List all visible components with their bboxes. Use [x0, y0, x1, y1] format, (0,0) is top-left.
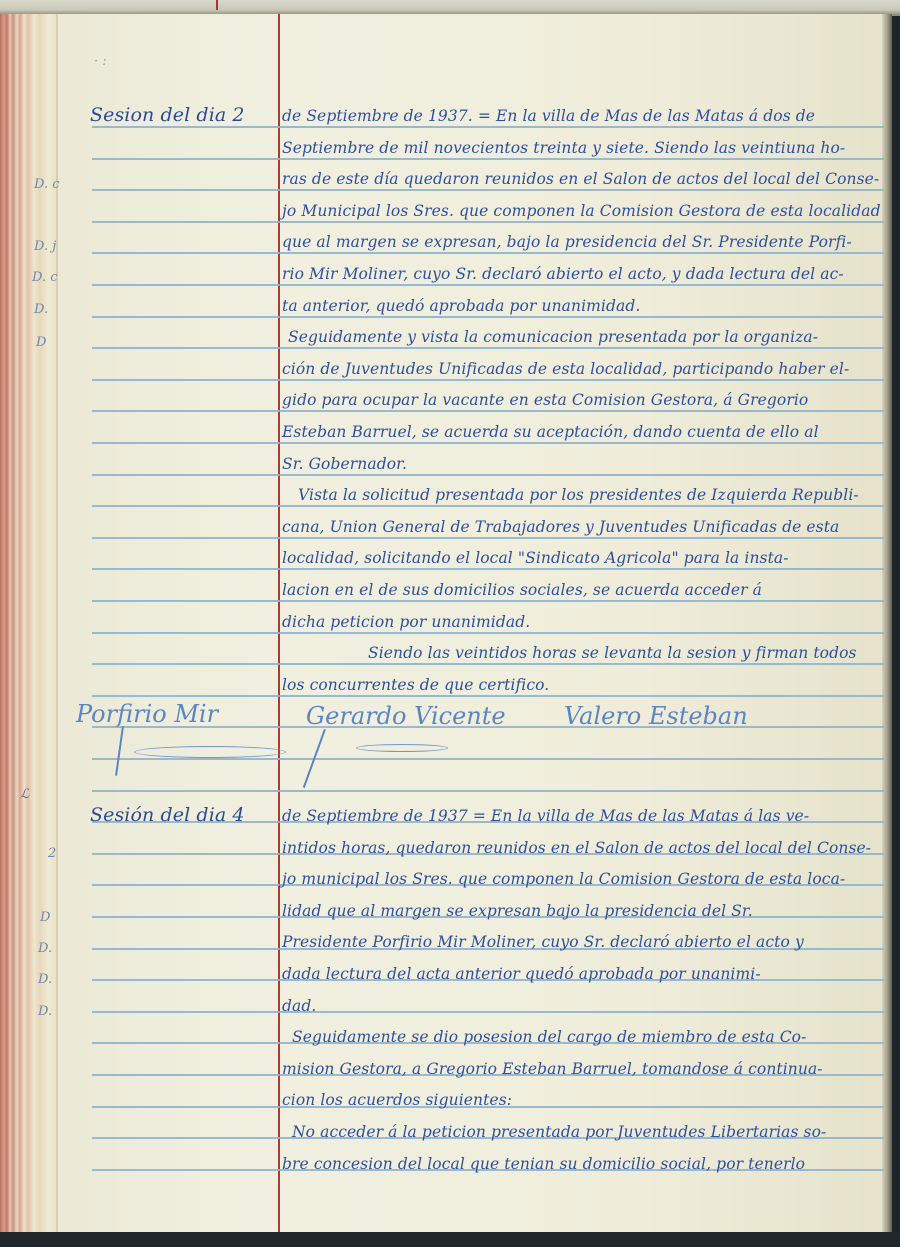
- text-line: gido para ocupar la vacante en esta Comi…: [282, 391, 808, 409]
- text-line: ta anterior, quedó aprobada por unanimid…: [282, 297, 640, 315]
- text-line: bre concesion del local que tenian su do…: [282, 1155, 805, 1173]
- text-line: de Septiembre de 1937. = En la villa de …: [282, 107, 815, 125]
- ruled-line: [92, 221, 884, 223]
- ruled-line: [92, 284, 884, 286]
- ruled-line: [92, 126, 884, 128]
- text-line: jo Municipal los Sres. que componen la C…: [282, 202, 881, 220]
- text-line: localidad, solicitando el local "Sindica…: [282, 549, 789, 567]
- ruled-line: [92, 474, 884, 476]
- session-2-margin-mark: ℒ: [20, 787, 29, 802]
- ruled-line: [92, 758, 884, 760]
- text-line: lacion en el de sus domicilios sociales,…: [282, 581, 762, 599]
- ruled-line: [92, 158, 884, 160]
- session-1-margin-note: D. j: [34, 239, 56, 254]
- ruled-line: [92, 505, 884, 507]
- session-1-margin-note: D.: [34, 302, 48, 317]
- session-2-heading: Sesión del dia 4: [90, 804, 245, 826]
- text-line: dad.: [282, 997, 316, 1015]
- text-line: Presidente Porfirio Mir Moliner, cuyo Sr…: [282, 933, 804, 951]
- scanner-background-bottom: [0, 1232, 900, 1247]
- ruled-line: [92, 252, 884, 254]
- text-line: No acceder á la peticion presentada por …: [292, 1123, 826, 1141]
- text-line: que al margen se expresan, bajo la presi…: [282, 233, 852, 251]
- session-2-margin-note: D.: [38, 1004, 52, 1019]
- page-right-edge: [882, 14, 892, 1232]
- text-line: cana, Union General de Trabajadores y Ju…: [282, 518, 839, 536]
- session-1-margin-note: D. c: [32, 270, 58, 285]
- text-line: Siendo las veintidos horas se levanta la…: [368, 644, 857, 662]
- text-line: intidos horas, quedaron reunidos en el S…: [282, 839, 871, 857]
- text-line: cion los acuerdos siguientes:: [282, 1091, 512, 1109]
- ruled-line: [92, 695, 884, 697]
- ruled-line: [92, 632, 884, 634]
- text-line: lidad que al margen se expresan bajo la …: [282, 902, 753, 920]
- text-line: jo municipal los Sres. que componen la C…: [282, 870, 845, 888]
- session-1-heading: Sesion del dia 2: [90, 104, 245, 126]
- text-line: Septiembre de mil novecientos treinta y …: [282, 139, 845, 157]
- text-line: dada lectura del acta anterior quedó apr…: [282, 965, 761, 983]
- signature-valero-esteban: Valero Esteban: [564, 702, 748, 730]
- signature-flourish: [134, 746, 286, 758]
- text-line: los concurrentes de que certifico.: [282, 676, 549, 694]
- ruled-line: [92, 790, 884, 792]
- signature-porfirio-mir: Porfirio Mir: [76, 700, 218, 728]
- text-line: Esteban Barruel, se acuerda su aceptació…: [282, 423, 819, 441]
- ledger-page: · : Sesion del dia 2 D. c D. j D. c D. D…: [56, 14, 892, 1232]
- ruled-line: [92, 189, 884, 191]
- text-line: rio Mir Moliner, cuyo Sr. declaró abiert…: [282, 265, 844, 283]
- ruled-line: [92, 600, 884, 602]
- ruled-line: [92, 568, 884, 570]
- text-line: Vista la solicitud presentada por los pr…: [298, 486, 859, 504]
- text-line: dicha peticion por unanimidad.: [282, 613, 530, 631]
- top-margin-marks: · :: [94, 54, 107, 69]
- ruled-line: [92, 379, 884, 381]
- ruled-line: [92, 347, 884, 349]
- session-2-margin-note: D.: [38, 941, 52, 956]
- ruled-line: [92, 1011, 884, 1013]
- session-1-margin-note: D: [36, 335, 46, 350]
- page-gutter: [56, 14, 58, 1232]
- ruled-line: [92, 663, 884, 665]
- text-line: ción de Juventudes Unificadas de esta lo…: [282, 360, 849, 378]
- text-line: Seguidamente y vista la comunicacion pre…: [288, 328, 818, 346]
- text-line: de Septiembre de 1937 = En la villa de M…: [282, 807, 809, 825]
- session-2-margin-note: D.: [38, 972, 52, 987]
- text-line: mision Gestora, a Gregorio Esteban Barru…: [282, 1060, 823, 1078]
- signature-gerardo-vicente: Gerardo Vicente: [306, 702, 506, 730]
- signature-stroke: [115, 726, 124, 776]
- ledger-spine-page-edges: [0, 14, 56, 1232]
- ruled-line: [92, 410, 884, 412]
- ruled-line: [92, 442, 884, 444]
- margin-line-tick: [216, 0, 218, 10]
- text-line: Seguidamente se dio posesion del cargo d…: [292, 1028, 806, 1046]
- ruled-line: [92, 537, 884, 539]
- signature-flourish: [356, 744, 448, 752]
- red-margin-line: [278, 14, 280, 1232]
- text-line: Sr. Gobernador.: [282, 455, 407, 473]
- ruled-line: [92, 316, 884, 318]
- text-line: ras de este día quedaron reunidos en el …: [282, 170, 879, 188]
- session-2-margin-note: D: [40, 910, 50, 925]
- session-1-margin-note: D. c: [34, 177, 60, 192]
- session-2-margin-note: 2: [48, 846, 56, 861]
